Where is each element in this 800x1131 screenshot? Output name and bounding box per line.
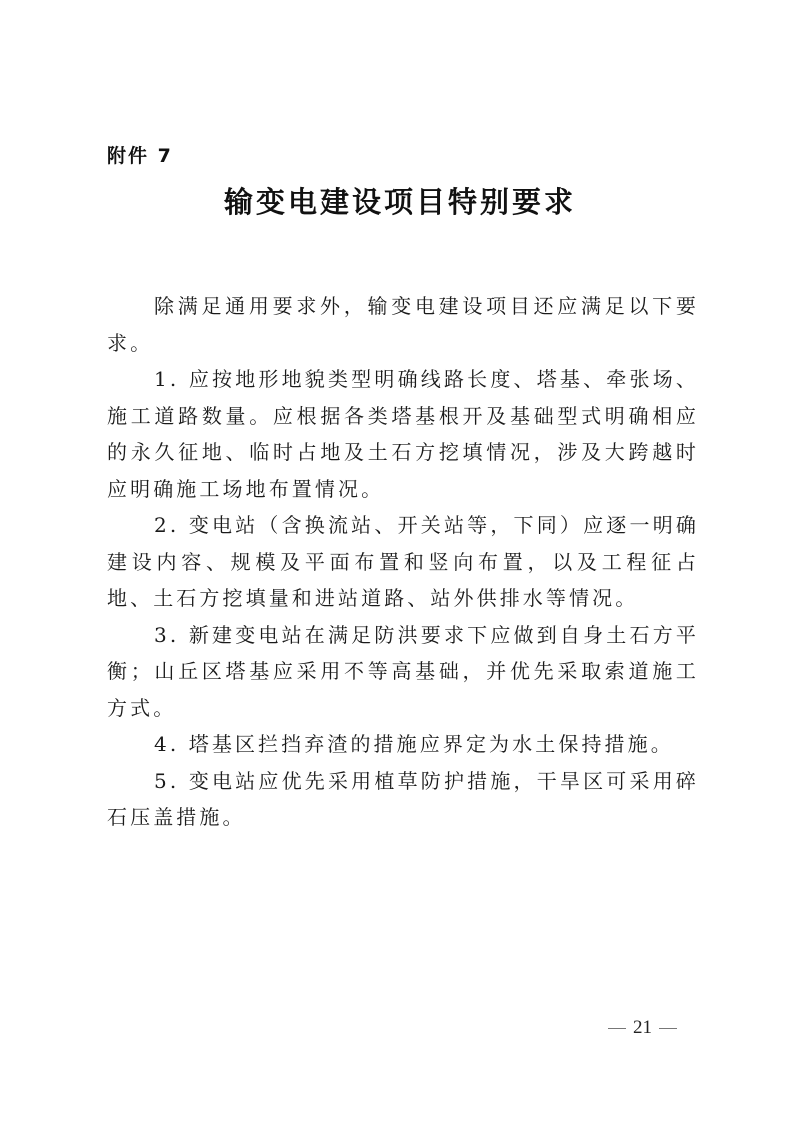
requirement-paragraph-4: 4. 塔基区拦挡弃渣的措施应界定为水土保持措施。	[107, 726, 699, 763]
document-title: 输变电建设项目特别要求	[0, 180, 800, 221]
dash-left	[608, 1028, 626, 1029]
page-footer: 21	[608, 1017, 677, 1039]
requirement-paragraph-5: 5. 变电站应优先采用植草防护措施，干旱区可采用碎石压盖措施。	[107, 763, 699, 836]
page-number: 21	[633, 1017, 652, 1039]
document-page: 附件 7 输变电建设项目特别要求 除满足通用要求外，输变电建设项目还应满足以下要…	[0, 0, 800, 1131]
attachment-label: 附件 7	[107, 141, 173, 168]
intro-paragraph: 除满足通用要求外，输变电建设项目还应满足以下要求。	[107, 288, 699, 361]
requirement-paragraph-2: 2. 变电站（含换流站、开关站等，下同）应逐一明确建设内容、规模及平面布置和竖向…	[107, 507, 699, 617]
requirement-paragraph-3: 3. 新建变电站在满足防洪要求下应做到自身土石方平衡；山丘区塔基应采用不等高基础…	[107, 617, 699, 727]
dash-right	[659, 1028, 677, 1029]
requirement-paragraph-1: 1. 应按地形地貌类型明确线路长度、塔基、牵张场、施工道路数量。应根据各类塔基根…	[107, 361, 699, 507]
document-body: 除满足通用要求外，输变电建设项目还应满足以下要求。 1. 应按地形地貌类型明确线…	[107, 288, 699, 836]
